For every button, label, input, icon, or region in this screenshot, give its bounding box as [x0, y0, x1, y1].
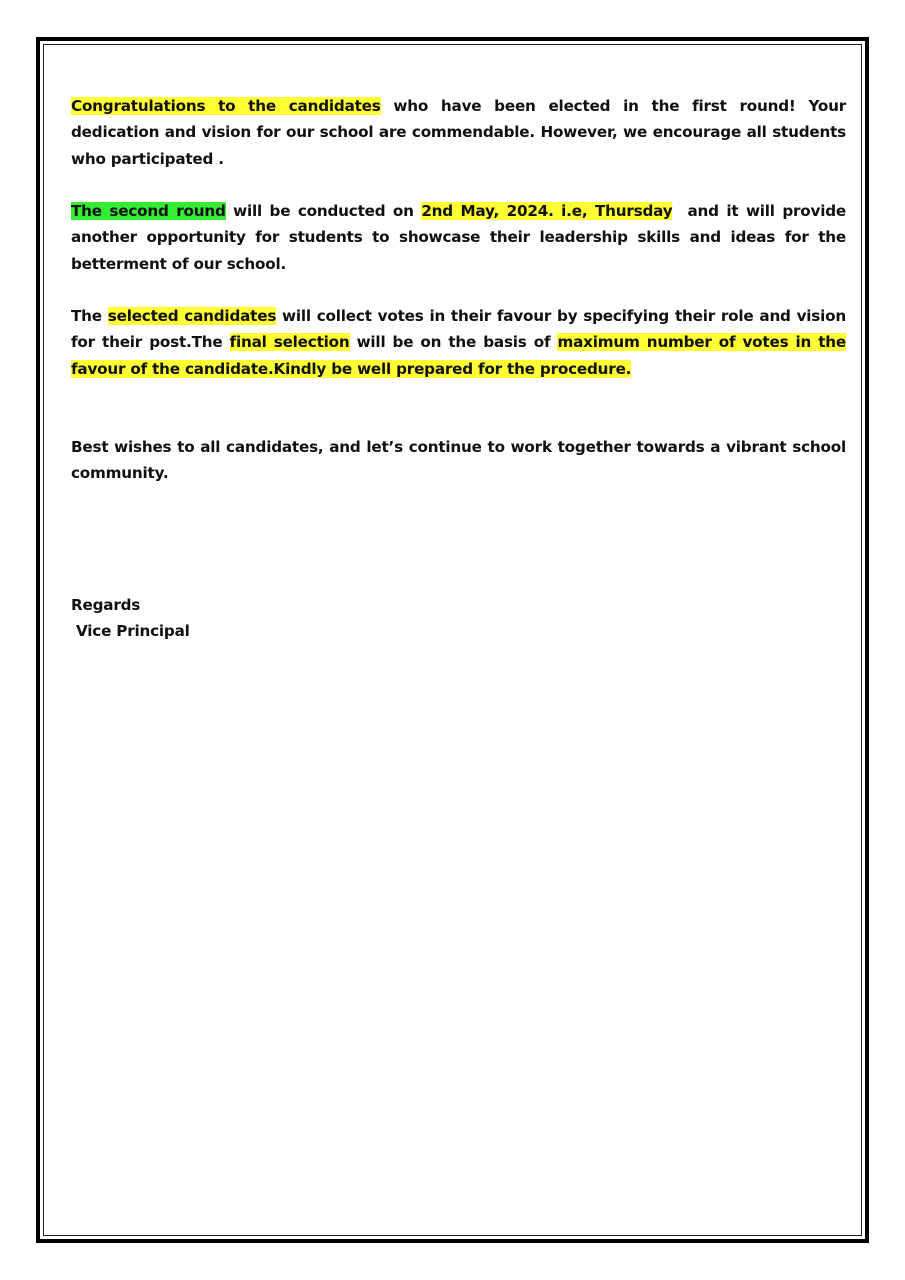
paragraph-selection: The selected candidates will collect vot…	[71, 303, 846, 382]
signatory-title: Vice Principal	[71, 618, 846, 644]
text: will be on the basis of	[350, 333, 558, 351]
highlight-congratulations: Congratulations to the candidates	[71, 97, 381, 115]
closing: Regards	[71, 592, 846, 618]
text: The	[71, 307, 108, 325]
highlight-selected-candidates: selected candidates	[108, 307, 276, 325]
highlight-second-round: The second round	[71, 202, 226, 220]
paragraph-best-wishes: Best wishes to all candidates, and let’s…	[71, 434, 846, 487]
highlight-date: 2nd May, 2024. i.e, Thursday	[421, 202, 672, 220]
text: will be conducted on	[226, 202, 422, 220]
paragraph-congratulations: Congratulations to the candidates who ha…	[71, 93, 846, 172]
text: Best wishes to all candidates, and let’s…	[71, 438, 846, 482]
paragraph-second-round: The second round will be conducted on 2n…	[71, 198, 846, 277]
signature-block: Regards Vice Principal	[71, 592, 846, 645]
highlight-final-selection: final selection	[230, 333, 350, 351]
